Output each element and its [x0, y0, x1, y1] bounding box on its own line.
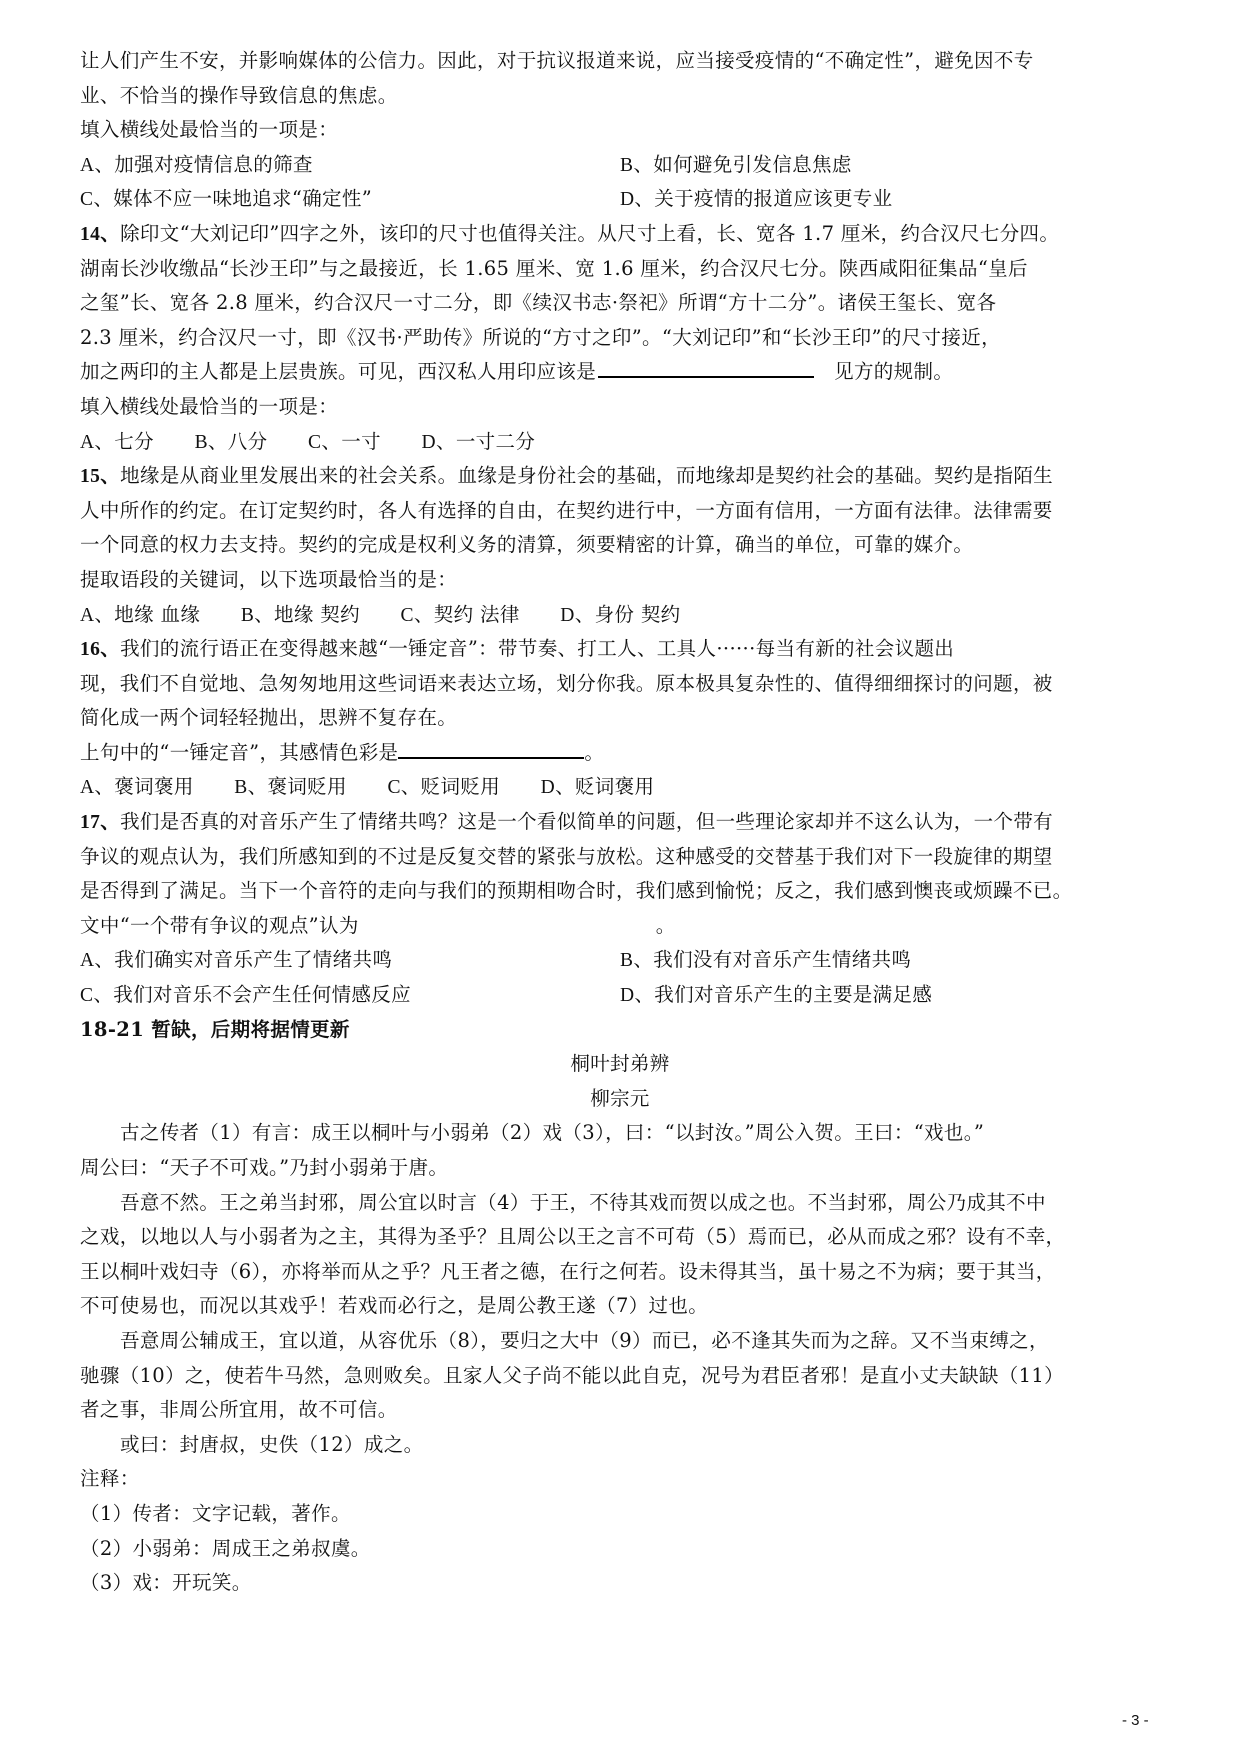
question-number: 16、 [80, 639, 120, 660]
q13-text-line-2: 业、不恰当的操作导致信息的焦虑。 [80, 79, 1160, 114]
q15-options: A、地缘 血缘 B、地缘 契约 C、契约 法律 D、身份 契约 [80, 598, 1160, 633]
q13-prompt: 填入横线处最恰当的一项是： [80, 113, 1160, 148]
answer-blank [598, 358, 814, 378]
notes-heading: 注释： [80, 1462, 1160, 1497]
q17-text-line-1: 17、我们是否真的对音乐产生了情绪共鸣？这是一个看似简单的问题，但一些理论家却并… [80, 805, 1160, 840]
q14-option-b: B、八分 [195, 430, 268, 453]
q14-text-line-2: 湖南长沙收缴品“长沙王印”与之最接近，长 1.65 厘米、宽 1.6 厘米，约合… [80, 252, 1160, 287]
passage-p1-line-1: 古之传者（1）有言：成王以桐叶与小弱弟（2）戏（3），曰：“以封汝。”周公入贺。… [80, 1116, 1160, 1151]
q13-option-d: D、关于疫情的报道应该更专业 [620, 182, 1160, 217]
q14-option-a: A、七分 [80, 430, 154, 453]
passage-p2-line-3: 王以桐叶戏妇寺（6），亦将举而从之乎？凡王者之德，在行之何若。设未得其当，虽十易… [80, 1255, 1160, 1290]
note-item: （1）传者：文字记载，著作。 [80, 1497, 1160, 1532]
passage-p2-line-1: 吾意不然。王之弟当封邪，周公宜以时言（4）于王，不待其戏而贺以成之也。不当封邪，… [80, 1186, 1160, 1221]
q13-option-b: B、如何避免引发信息焦虑 [620, 148, 1160, 183]
q17-option-a: A、我们确实对音乐产生了情绪共鸣 [80, 943, 620, 978]
q16-option-c: C、贬词贬用 [387, 775, 500, 798]
document-page: 让人们产生不安，并影响媒体的公信力。因此，对于抗议报道来说，应当接受疫情的“不确… [80, 44, 1160, 1601]
q15-option-c: C、契约 法律 [401, 603, 520, 626]
q14-option-c: C、一寸 [308, 430, 381, 453]
q14-option-d: D、一寸二分 [422, 430, 536, 453]
q15-text-line-3: 一个同意的权力去支持。契约的完成是权利义务的清算，须要精密的计算，确当的单位，可… [80, 528, 1160, 563]
q17-option-b: B、我们没有对音乐产生情绪共鸣 [620, 943, 1160, 978]
missing-questions-notice: 18-21 暂缺，后期将据情更新 [80, 1013, 1160, 1048]
question-number: 17、 [80, 812, 120, 833]
q13-option-a: A、加强对疫情信息的筛查 [80, 148, 620, 183]
passage-p3-line-3: 者之事，非周公所宜用，故不可信。 [80, 1393, 1160, 1428]
q16-options: A、褒词褒用 B、褒词贬用 C、贬词贬用 D、贬词褒用 [80, 770, 1160, 805]
q15-option-a: A、地缘 血缘 [80, 603, 200, 626]
q16-option-a: A、褒词褒用 [80, 775, 194, 798]
q14-prompt: 填入横线处最恰当的一项是： [80, 390, 1160, 425]
q15-option-d: D、身份 契约 [560, 603, 680, 626]
q16-prompt: 上句中的“一锤定音”，其感情色彩是。 [80, 736, 1160, 771]
q16-text-line-2: 现，我们不自觉地、急匆匆地用这些词语来表达立场，划分你我。原本极具复杂性的、值得… [80, 667, 1160, 702]
q16-option-b: B、褒词贬用 [234, 775, 347, 798]
q15-option-b: B、地缘 契约 [241, 603, 360, 626]
passage-title: 桐叶封弟辨 [80, 1047, 1160, 1082]
q14-text-line-1: 14、除印文“大刘记印”四字之外，该印的尺寸也值得关注。从尺寸上看，长、宽各 1… [80, 217, 1160, 252]
q17-text-line-2: 争议的观点认为，我们所感知到的不过是反复交替的紧张与放松。这种感受的交替基于我们… [80, 840, 1160, 875]
q14-text-line-3: 之玺”长、宽各 2.8 厘米，约合汉尺一寸二分，即《续汉书志·祭祀》所谓“方十二… [80, 286, 1160, 321]
page-number: - 3 - [1122, 1712, 1149, 1729]
passage-p3-line-1: 吾意周公辅成王，宜以道，从容优乐（8），要归之大中（9）而已，必不逢其失而为之辞… [80, 1324, 1160, 1359]
q14-options: A、七分 B、八分 C、一寸 D、一寸二分 [80, 425, 1160, 460]
q16-text-line-1: 16、我们的流行语正在变得越来越“一锤定音”：带节奏、打工人、工具人······… [80, 632, 1160, 667]
q14-text-line-4: 2.3 厘米，约合汉尺一寸，即《汉书·严助传》所说的“方寸之印”。“大刘记印”和… [80, 321, 1160, 356]
q17-options-row-2: C、我们对音乐不会产生任何情感反应 D、我们对音乐产生的主要是满足感 [80, 978, 1160, 1013]
q17-text-line-3: 是否得到了满足。当下一个音符的走向与我们的预期相吻合时，我们感到愉悦；反之，我们… [80, 874, 1160, 909]
passage-p4-line-1: 或曰：封唐叔，史佚（12）成之。 [80, 1428, 1160, 1463]
answer-blank [398, 739, 584, 759]
note-item: （2）小弱弟：周成王之弟叔虞。 [80, 1532, 1160, 1567]
q17-prompt: 文中“一个带有争议的观点”认为。 [80, 909, 1160, 944]
q13-options-row-2: C、媒体不应一味地追求“确定性” D、关于疫情的报道应该更专业 [80, 182, 1160, 217]
q13-text-line-1: 让人们产生不安，并影响媒体的公信力。因此，对于抗议报道来说，应当接受疫情的“不确… [80, 44, 1160, 79]
q17-option-d: D、我们对音乐产生的主要是满足感 [620, 978, 1160, 1013]
q16-option-d: D、贬词褒用 [541, 775, 655, 798]
question-number: 14、 [80, 224, 120, 245]
q17-options-row-1: A、我们确实对音乐产生了情绪共鸣 B、我们没有对音乐产生情绪共鸣 [80, 943, 1160, 978]
q15-text-line-1: 15、地缘是从商业里发展出来的社会关系。血缘是身份社会的基础，而地缘却是契约社会… [80, 459, 1160, 494]
passage-p3-line-2: 驰骤（10）之，使若牛马然，急则败矣。且家人父子尚不能以此自克，况号为君臣者邪！… [80, 1359, 1160, 1394]
q13-option-c: C、媒体不应一味地追求“确定性” [80, 182, 620, 217]
q13-options-row-1: A、加强对疫情信息的筛查 B、如何避免引发信息焦虑 [80, 148, 1160, 183]
passage-p2-line-2: 之戏，以地以人与小弱者为之主，其得为圣乎？且周公以王之言不可苟（5）焉而已，必从… [80, 1220, 1160, 1255]
q15-text-line-2: 人中所作的约定。在订定契约时，各人有选择的自由，在契约进行中，一方面有信用，一方… [80, 494, 1160, 529]
passage-author: 柳宗元 [80, 1082, 1160, 1117]
q16-text-line-3: 简化成一两个词轻轻抛出，思辨不复存在。 [80, 701, 1160, 736]
passage-p1-line-2: 周公曰：“天子不可戏。”乃封小弱弟于唐。 [80, 1151, 1160, 1186]
q17-option-c: C、我们对音乐不会产生任何情感反应 [80, 978, 620, 1013]
question-number: 15、 [80, 466, 120, 487]
note-item: （3）戏：开玩笑。 [80, 1566, 1160, 1601]
passage-p2-line-4: 不可使易也，而况以其戏乎！若戏而必行之，是周公教王遂（7）过也。 [80, 1289, 1160, 1324]
q15-prompt: 提取语段的关键词，以下选项最恰当的是： [80, 563, 1160, 598]
q14-text-line-5: 加之两印的主人都是上层贵族。可见，西汉私人用印应该是见方的规制。 [80, 355, 1160, 390]
